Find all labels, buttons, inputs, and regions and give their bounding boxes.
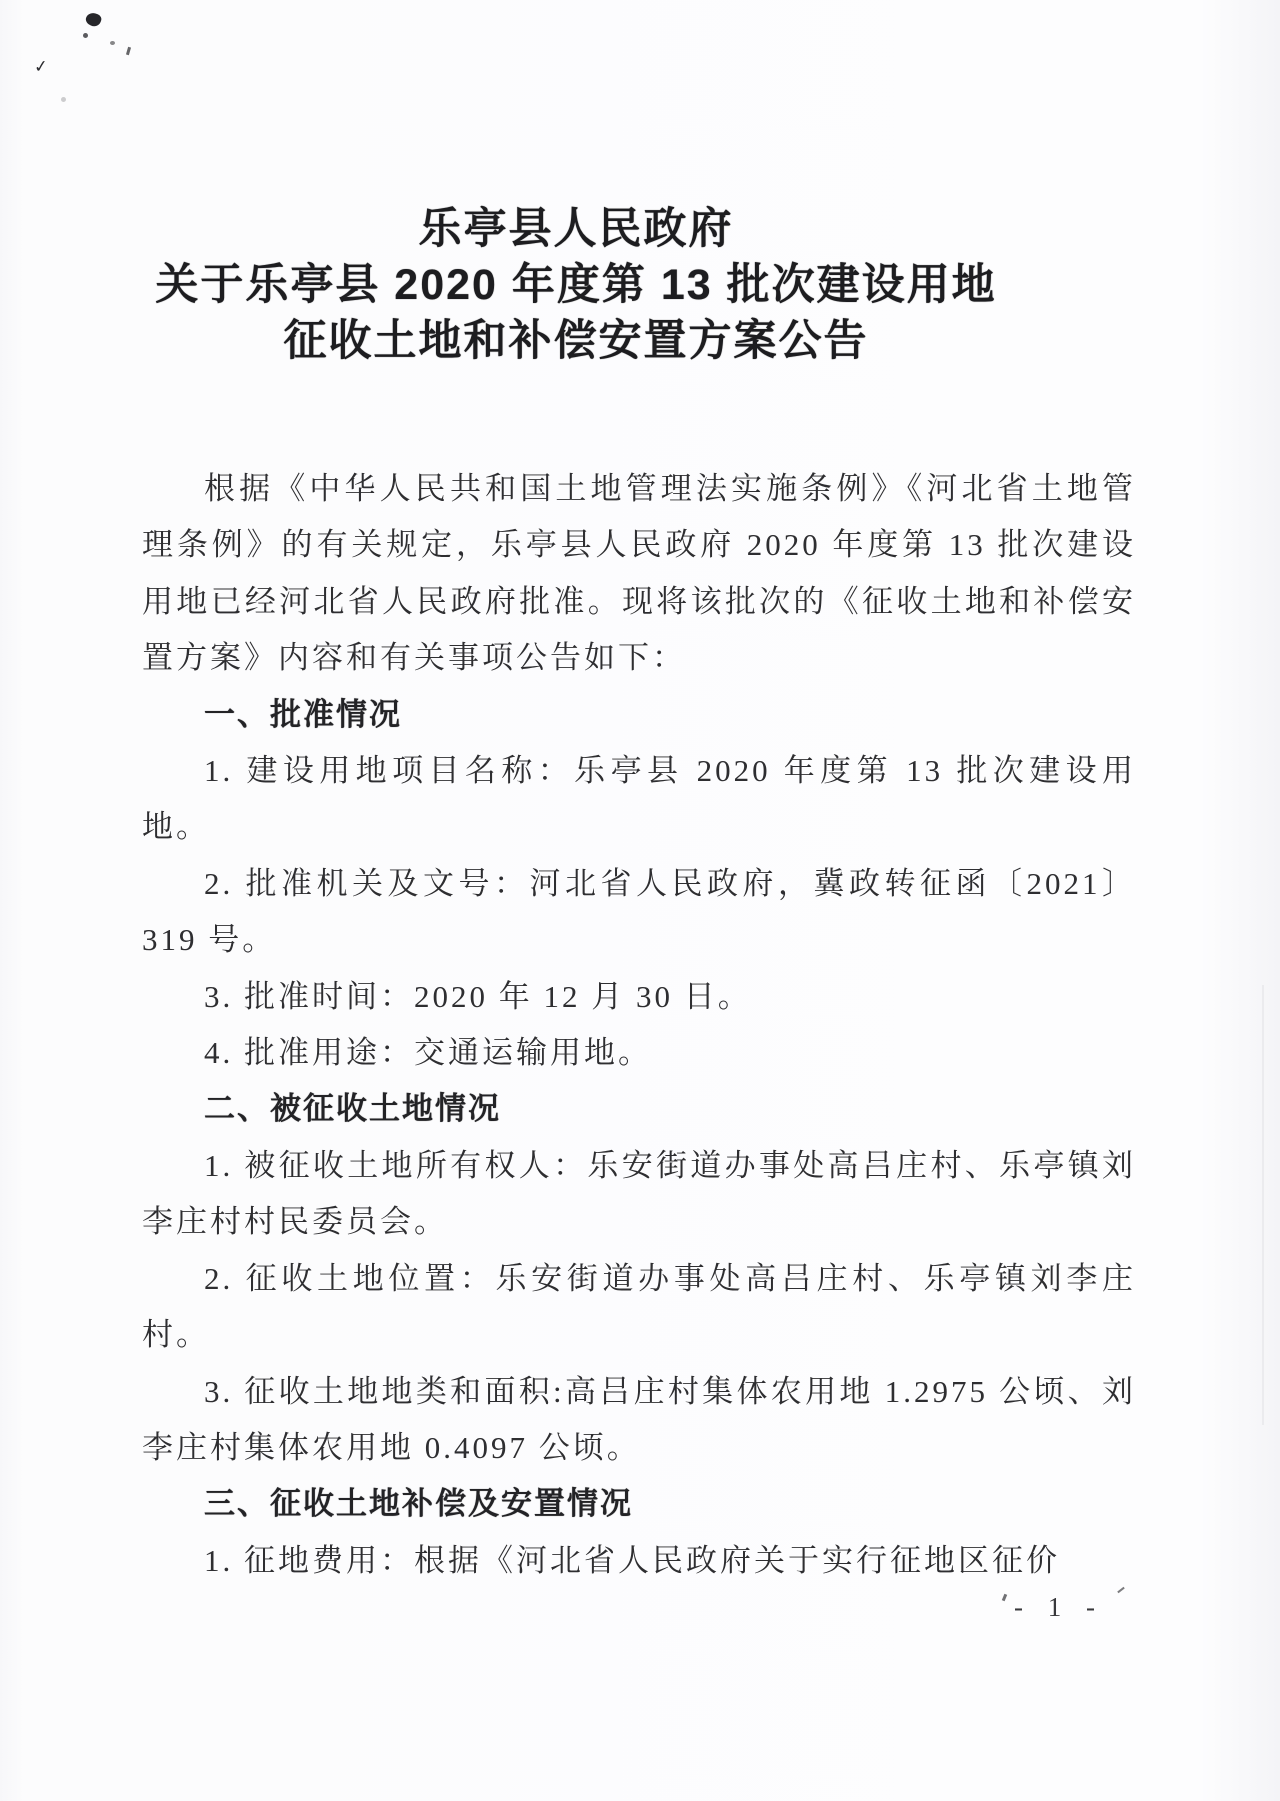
item-land-location: 2. 征收土地位置：乐安街道办事处高吕庄村、乐亭镇刘李庄村。	[142, 1251, 1136, 1364]
section-heading-compensation: 三、征收土地补偿及安置情况	[142, 1476, 1136, 1532]
document-body: 根据《中华人民共和国土地管理法实施条例》《河北省土地管理条例》的有关规定，乐亭县…	[142, 461, 1136, 1589]
document-title: 乐亭县人民政府 关于乐亭县 2020 年度第 13 批次建设用地 征收土地和补偿…	[0, 201, 1152, 369]
title-line-1: 乐亭县人民政府	[0, 201, 1152, 257]
paragraph-intro: 根据《中华人民共和国土地管理法实施条例》《河北省土地管理条例》的有关规定，乐亭县…	[142, 461, 1136, 687]
item-approval-use: 4. 批准用途：交通运输用地。	[142, 1025, 1136, 1081]
item-land-owner: 1. 被征收土地所有权人：乐安街道办事处高吕庄村、乐亭镇刘李庄村村民委员会。	[142, 1138, 1136, 1251]
ink-speck	[126, 47, 131, 56]
scan-edge-line	[1262, 985, 1264, 1425]
item-approval-authority: 2. 批准机关及文号：河北省人民政府，冀政转征函〔2021〕319 号。	[142, 856, 1136, 969]
ink-speck	[110, 41, 115, 45]
section-heading-approval: 一、批准情况	[142, 687, 1136, 743]
ink-speck	[84, 11, 103, 29]
page-number: - 1 -	[1014, 1592, 1104, 1623]
item-land-type-area: 3. 征收土地地类和面积:高吕庄村集体农用地 1.2975 公顷、刘李庄村集体农…	[142, 1364, 1136, 1477]
scanned-document-page: ✓ 乐亭县人民政府 关于乐亭县 2020 年度第 13 批次建设用地 征收土地和…	[0, 0, 1280, 1801]
item-approval-date: 3. 批准时间：2020 年 12 月 30 日。	[142, 969, 1136, 1025]
title-line-2: 关于乐亭县 2020 年度第 13 批次建设用地	[0, 257, 1152, 313]
title-line-3: 征收土地和补偿安置方案公告	[0, 313, 1152, 369]
checkmark-pen-mark: ✓	[33, 56, 49, 77]
section-heading-expropriated-land: 二、被征收土地情况	[142, 1081, 1136, 1137]
ink-speck	[83, 33, 88, 38]
ink-speck	[1002, 1594, 1007, 1602]
ink-speck	[61, 97, 66, 102]
item-approval-project-name: 1. 建设用地项目名称：乐亭县 2020 年度第 13 批次建设用地。	[142, 743, 1136, 856]
item-compensation-fees: 1. 征地费用：根据《河北省人民政府关于实行征地区征价	[142, 1533, 1136, 1589]
